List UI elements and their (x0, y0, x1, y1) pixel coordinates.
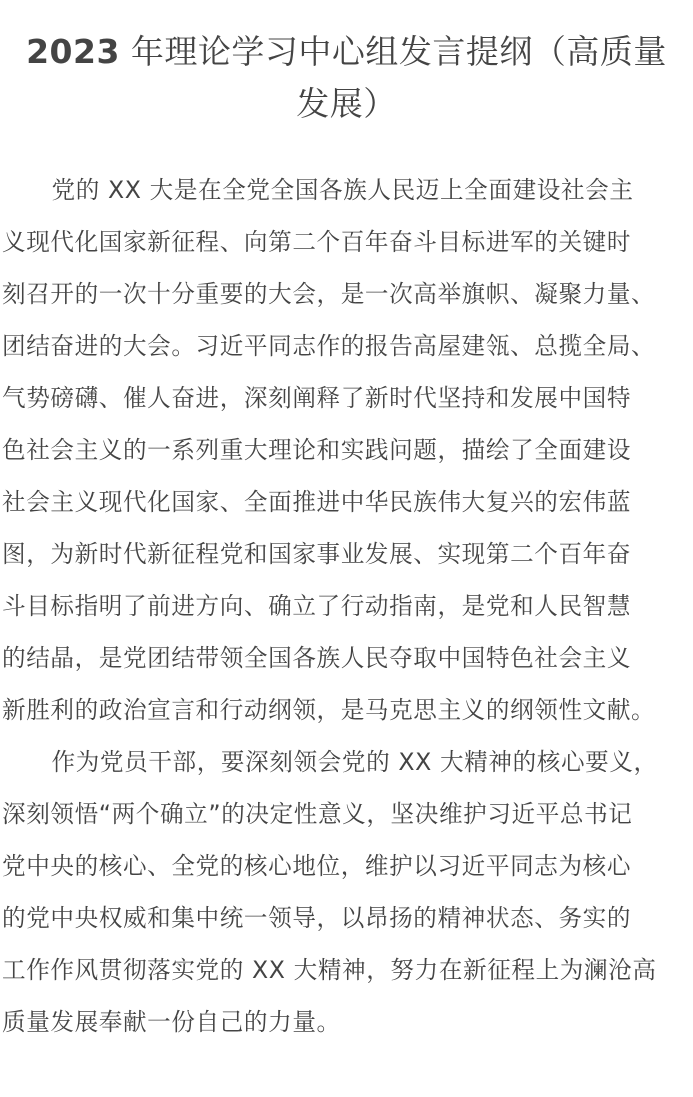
paragraph-line: 工作作风贯彻落实党的 XX 大精神，努力在新征程上为澜沧高 (2, 944, 691, 996)
paragraph-line: 团结奋进的大会。习近平同志作的报告高屋建瓴、总揽全局、 (2, 320, 691, 372)
paragraph-line: 气势磅礴、催人奋进，深刻阐释了新时代坚持和发展中国特 (2, 372, 691, 424)
paragraph-line: 图，为新时代新征程党和国家事业发展、实现第二个百年奋 (2, 528, 691, 580)
paragraph-line: 作为党员干部，要深刻领会党的 XX 大精神的核心要义， (2, 736, 691, 788)
title-line2-text: 发展） (296, 84, 397, 123)
title-line1-text: 年理论学习中心组发言提纲（高质量 (120, 32, 667, 71)
paragraph-2: 作为党员干部，要深刻领会党的 XX 大精神的核心要义， 深刻领悟“两个确立”的决… (2, 736, 691, 1048)
document-page: 2023 年理论学习中心组发言提纲（高质量 发展） 党的 XX 大是在全党全国各… (0, 0, 693, 1048)
paragraph-line: 党的 XX 大是在全党全国各族人民迈上全面建设社会主 (2, 164, 691, 216)
document-title: 2023 年理论学习中心组发言提纲（高质量 发展） (0, 0, 693, 130)
document-body: 党的 XX 大是在全党全国各族人民迈上全面建设社会主 义现代化国家新征程、向第二… (0, 164, 693, 1048)
paragraph-1: 党的 XX 大是在全党全国各族人民迈上全面建设社会主 义现代化国家新征程、向第二… (2, 164, 691, 736)
paragraph-line: 的党中央权威和集中统一领导，以昂扬的精神状态、务实的 (2, 892, 691, 944)
paragraph-line: 刻召开的一次十分重要的大会，是一次高举旗帜、凝聚力量、 (2, 268, 691, 320)
paragraph-line: 色社会主义的一系列重大理论和实践问题，描绘了全面建设 (2, 424, 691, 476)
paragraph-line: 党中央的核心、全党的核心地位，维护以习近平同志为核心 (2, 840, 691, 892)
paragraph-line: 深刻领悟“两个确立”的决定性意义，坚决维护习近平总书记 (2, 788, 691, 840)
paragraph-line: 社会主义现代化国家、全面推进中华民族伟大复兴的宏伟蓝 (2, 476, 691, 528)
paragraph-line: 义现代化国家新征程、向第二个百年奋斗目标进军的关键时 (2, 216, 691, 268)
paragraph-line: 质量发展奉献一份自己的力量。 (2, 996, 691, 1048)
paragraph-line: 斗目标指明了前进方向、确立了行动指南，是党和人民智慧 (2, 580, 691, 632)
paragraph-line: 的结晶，是党团结带领全国各族人民夺取中国特色社会主义 (2, 632, 691, 684)
paragraph-line: 新胜利的政治宣言和行动纲领，是马克思主义的纲领性文献。 (2, 684, 691, 736)
title-year: 2023 (26, 32, 120, 71)
